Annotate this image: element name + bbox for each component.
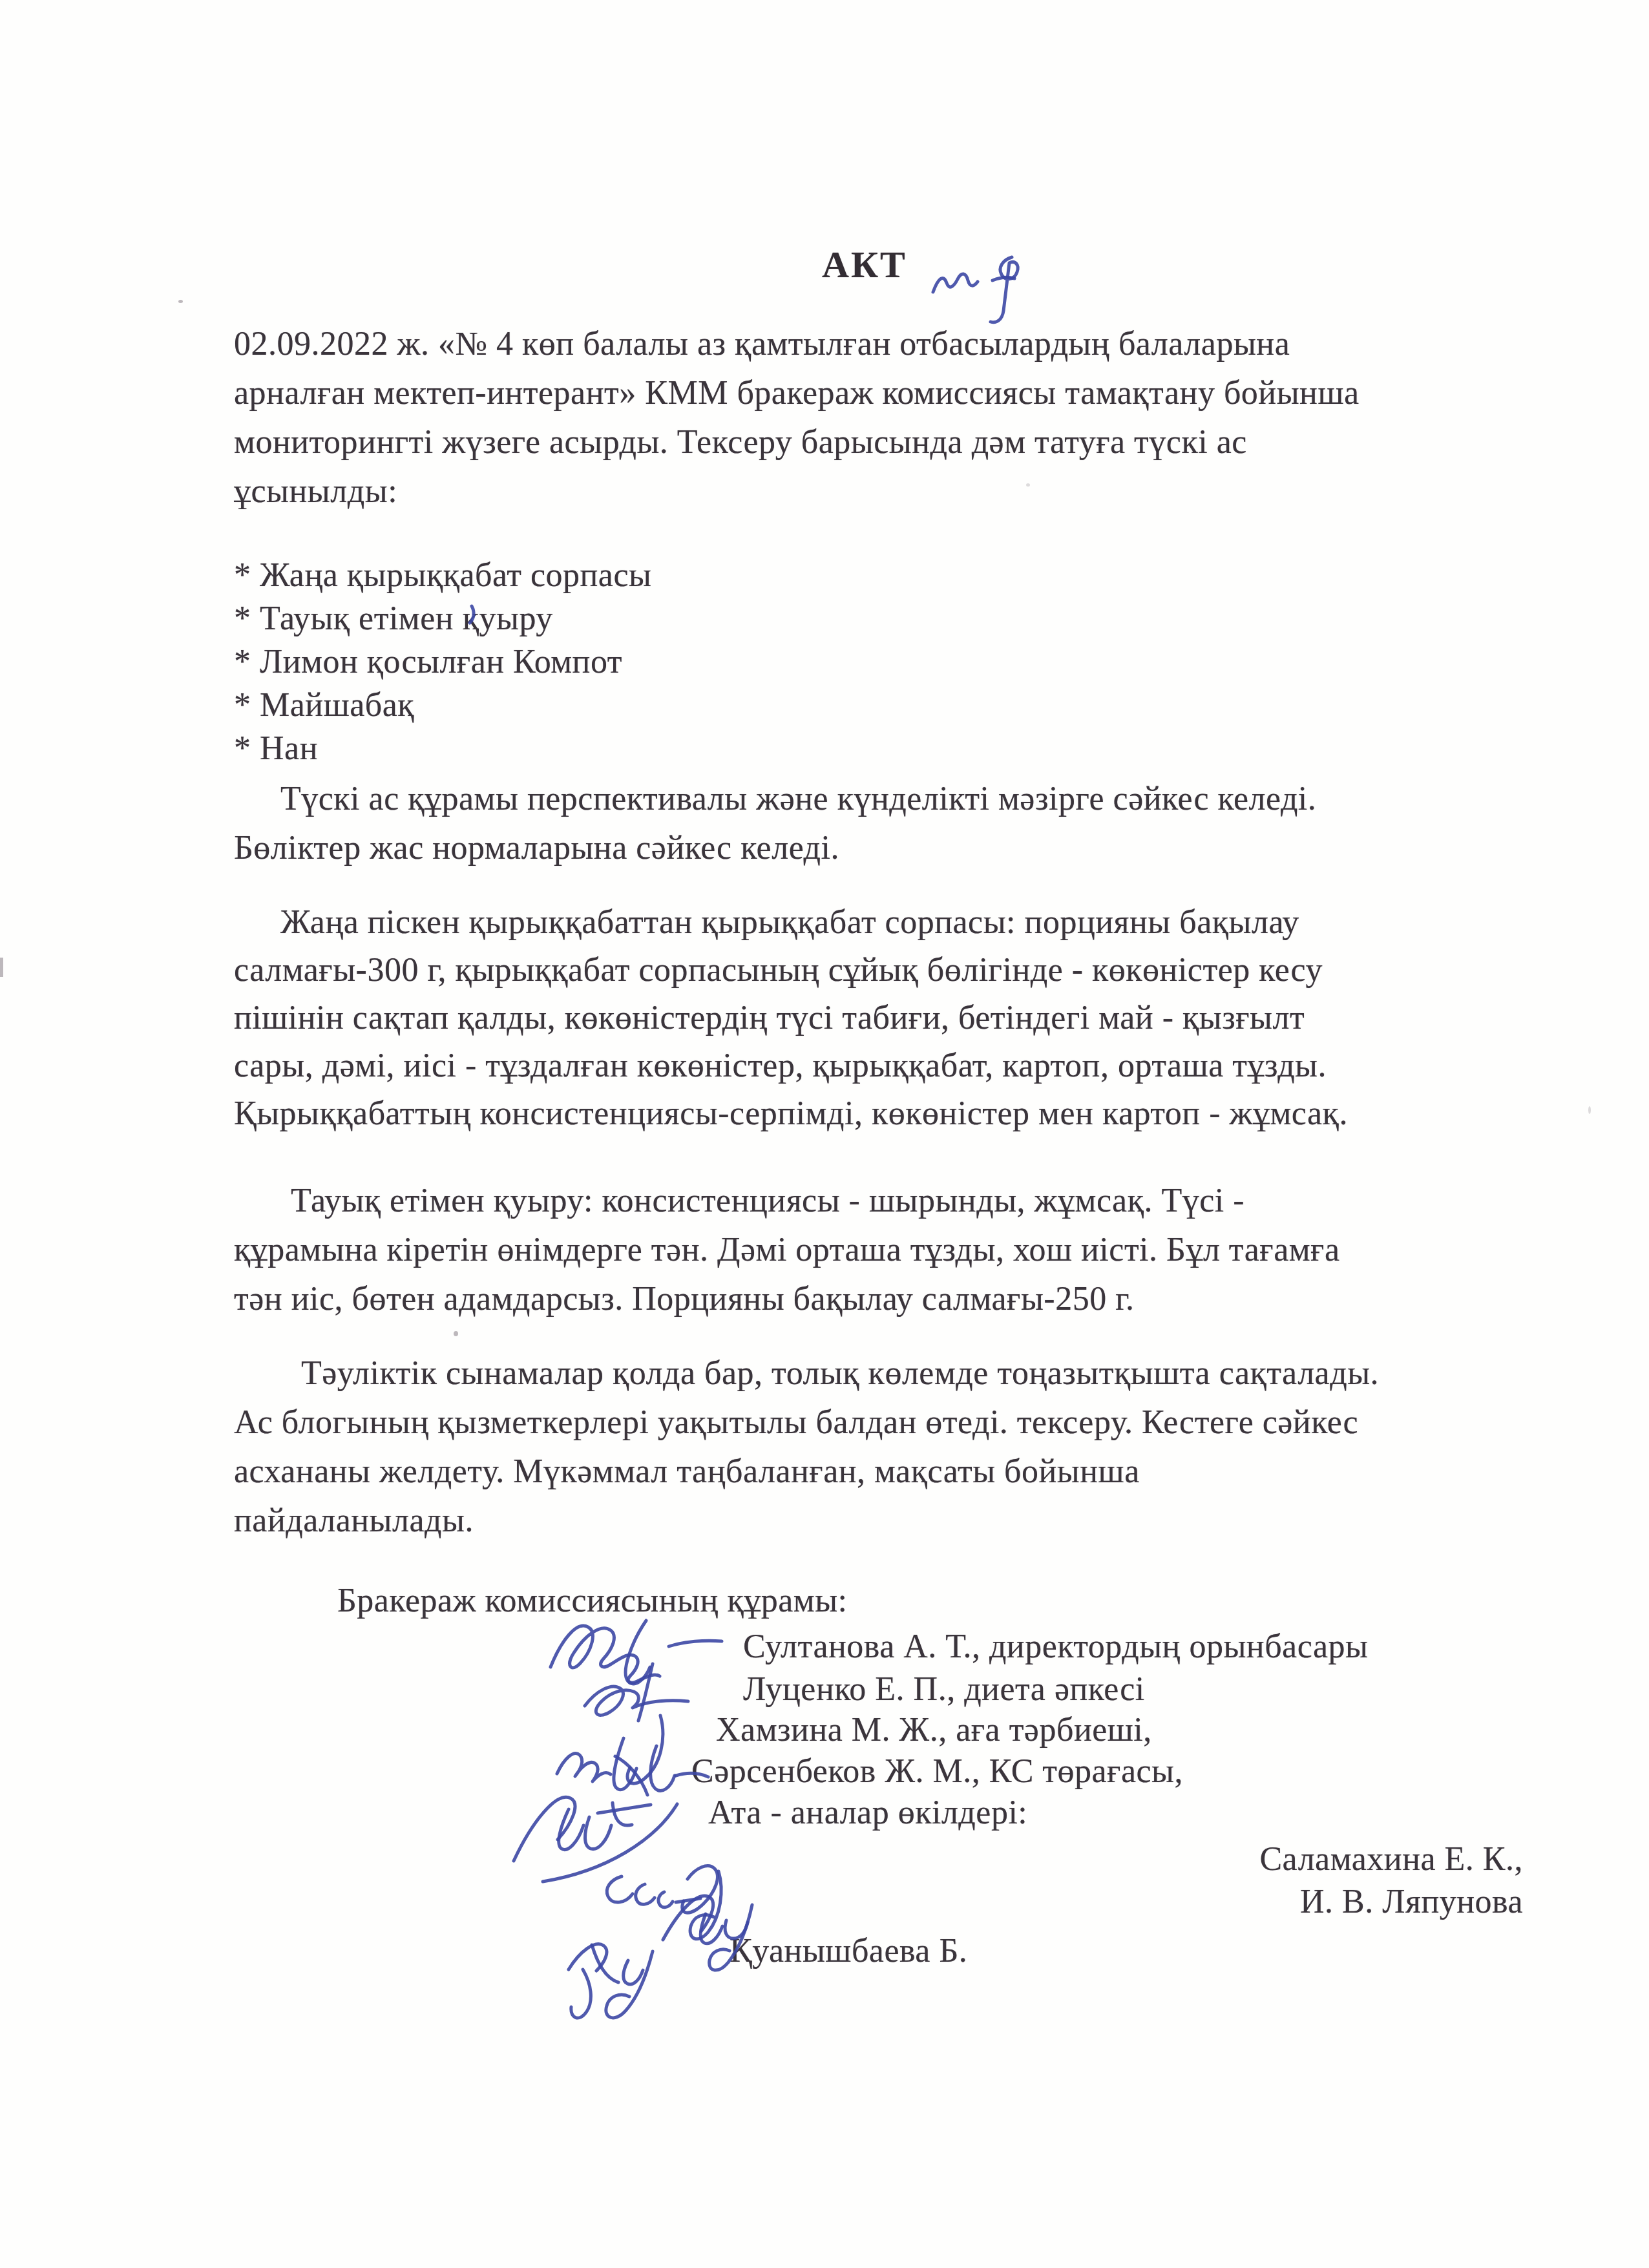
parent-signatory: Қуанышбаева Б. [730,1932,967,1971]
parents-heading: Ата - аналар өкілдері: [708,1794,1027,1832]
page-title: АКТ [822,246,907,284]
menu-list: * Жаңа қырыққабат сорпасы * Тауық етімен… [234,554,651,770]
commission-heading: Бракераж комиссиясының құрамы: [337,1577,848,1626]
scanned-act-document: АКТ 02.09.2022 ж. «№ 4 көп балалы аз қам… [0,0,1649,2268]
soup-paragraph: Жаңа піскен қырыққабаттан қырыққабат сор… [234,899,1348,1138]
handwritten-act-number [933,257,1018,322]
signature-parent-kuanyshbaeva [569,1944,653,2018]
signature-sarsenbekov [514,1797,677,1882]
signature-parent-salamakhina [607,1866,721,1939]
commission-member: Сәрсенбеков Ж. М., КС төрағасы, [691,1752,1183,1791]
signature-lutsenko [585,1664,688,1783]
signature-khamzina [557,1738,708,1795]
signature-sultanova [551,1621,722,1684]
intro-paragraph: 02.09.2022 ж. «№ 4 көп балалы аз қамтылғ… [234,320,1360,516]
scan-speck [0,958,3,977]
chicken-paragraph: Тауық етімен қуыру: консистенциясы - шыр… [234,1177,1340,1324]
commission-member: Султанова А. Т., директордың орынбасары [743,1628,1368,1666]
commission-member: Луценко Е. П., диета әпкесі [743,1670,1145,1709]
scan-speck [1026,483,1030,487]
samples-paragraph: Тәуліктік сынамалар қолда бар, толық көл… [234,1349,1379,1546]
scan-speck [454,1331,458,1336]
scan-speck [1588,1106,1591,1114]
commission-member: Хамзина М. Ж., аға тәрбиеші, [716,1711,1152,1750]
scan-speck [178,300,183,303]
summary-paragraph: Түскі ас құрамы перспективалы және күнде… [234,775,1316,873]
parents-right-names: Саламахина Е. К., И. В. Ляпунова [1259,1838,1523,1924]
